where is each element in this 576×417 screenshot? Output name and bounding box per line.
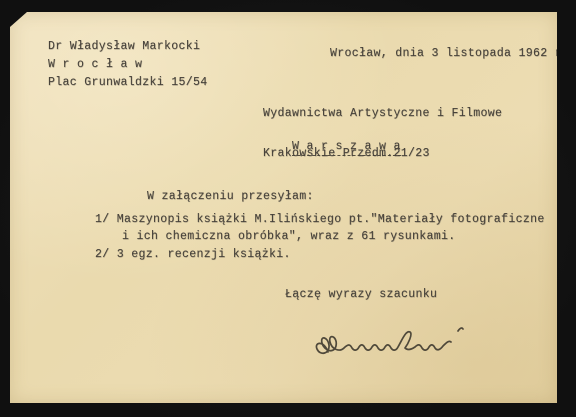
dateline: Wrocław, dnia 3 listopada 1962 r. [330,47,569,61]
sender-address: Plac Grunwaldzki 15/54 [48,76,208,90]
letter-paper: Dr Władysław Markocki W r o c ł a w Plac… [10,12,557,403]
recipient-organization: Wydawnictwa Artystyczne i Filmowe [263,107,502,121]
body-intro: W załączeniu przesyłam: [147,190,314,204]
handwritten-signature [310,318,488,370]
recipient-address: Krakowskie Przedm.21/23 [263,147,430,161]
signature-scribble-icon [310,318,488,370]
enclosure-item-1-line-2: i ich chemiczna obróbka", wraz z 61 rysu… [122,230,456,244]
enclosure-item-1-line-1: 1/ Maszynopis książki M.Ilińskiego pt."M… [95,213,545,227]
sender-name: Dr Władysław Markocki [48,40,200,54]
enclosure-item-2: 2/ 3 egz. recenzji książki. [95,248,291,262]
sender-city: W r o c ł a w [48,58,142,72]
closing-salutation: Łączę wyrazy szacunku [285,288,437,302]
